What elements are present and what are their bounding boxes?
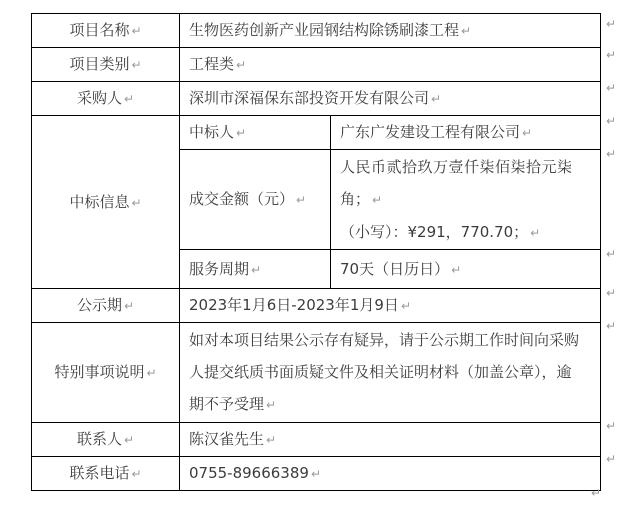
bid-amount-value-cell: 人民币贰拾玖万壹仟柒佰柒拾元柒角；↵ （小写）：¥291，770.70；↵ bbox=[331, 150, 601, 250]
row-end-mark: ↵ bbox=[606, 148, 616, 160]
publicity-period-value: 2023年1月6日-2023年1月9日 bbox=[189, 296, 399, 314]
paragraph-mark: ↵ bbox=[528, 226, 540, 240]
contact-person-value-cell: 陈汉雀先生↵ bbox=[180, 423, 601, 457]
paragraph-mark: ↵ bbox=[309, 467, 321, 481]
row-end-mark: ↵ bbox=[606, 82, 616, 94]
row-end-mark: ↵ bbox=[606, 320, 616, 332]
service-period-label: 服务周期 bbox=[189, 260, 249, 278]
bid-amount-lowercase: （小写）：¥291，770.70； bbox=[340, 223, 528, 241]
service-period-value-cell: 70天（日历日）↵ bbox=[331, 250, 601, 289]
paragraph-mark: ↵ bbox=[144, 366, 156, 380]
paragraph-mark: ↵ bbox=[122, 299, 134, 313]
table-row-contact-phone: 联系电话↵ 0755-89666389↵ bbox=[32, 457, 601, 491]
paragraph-mark: ↵ bbox=[129, 58, 141, 72]
paragraph-mark: ↵ bbox=[122, 433, 134, 447]
paragraph-mark: ↵ bbox=[264, 433, 276, 447]
project-name-label-cell: 项目名称↵ bbox=[32, 14, 180, 48]
paragraph-mark: ↵ bbox=[294, 193, 306, 207]
contact-person-label: 联系人 bbox=[77, 430, 122, 448]
project-category-value: 工程类 bbox=[189, 55, 234, 73]
bid-amount-label-cell: 成交金额（元）↵ bbox=[180, 150, 331, 250]
purchaser-value-cell: 深圳市深福保东部投资开发有限公司↵ bbox=[180, 82, 601, 116]
project-name-value: 生物医药创新产业园钢结构除锈刷漆工程 bbox=[189, 21, 459, 39]
paragraph-mark: ↵ bbox=[449, 263, 461, 277]
paragraph-mark: ↵ bbox=[370, 193, 382, 207]
contact-phone-value: 0755-89666389 bbox=[189, 464, 309, 482]
table-row-publicity-period: 公示期↵ 2023年1月6日-2023年1月9日↵ bbox=[32, 289, 601, 323]
paragraph-mark: ↵ bbox=[129, 24, 141, 38]
service-period-value: 70天（日历日） bbox=[340, 260, 449, 278]
paragraph-mark: ↵ bbox=[459, 24, 471, 38]
paragraph-mark: ↵ bbox=[234, 126, 246, 140]
special-notes-value: 如对本项目结果公示存有疑异，请于公示期工作时间向采购人提交纸质书面质疑文件及相关… bbox=[189, 331, 579, 413]
project-category-label-cell: 项目类别↵ bbox=[32, 48, 180, 82]
row-end-mark: ↵ bbox=[606, 18, 616, 30]
bid-winner-value: 广东广发建设工程有限公司 bbox=[340, 123, 520, 141]
paragraph-mark: ↵ bbox=[122, 92, 134, 106]
row-end-mark: ↵ bbox=[606, 115, 616, 127]
bid-winner-value-cell: 广东广发建设工程有限公司↵ bbox=[331, 116, 601, 150]
row-end-mark: ↵ bbox=[606, 248, 616, 260]
purchaser-label: 采购人 bbox=[77, 89, 122, 107]
table-row-project-name: 项目名称↵ 生物医药创新产业园钢结构除锈刷漆工程↵ bbox=[32, 14, 601, 48]
bid-amount-lowercase-line: （小写）：¥291，770.70；↵ bbox=[340, 216, 572, 249]
publicity-period-value-cell: 2023年1月6日-2023年1月9日↵ bbox=[180, 289, 601, 323]
paragraph-mark: ↵ bbox=[234, 58, 246, 72]
row-end-mark: ↵ bbox=[606, 420, 616, 432]
special-notes-label-cell: 特别事项说明↵ bbox=[32, 323, 180, 423]
special-notes-value-cell: 如对本项目结果公示存有疑异，请于公示期工作时间向采购人提交纸质书面质疑文件及相关… bbox=[180, 323, 601, 423]
purchaser-value: 深圳市深福保东部投资开发有限公司 bbox=[189, 89, 429, 107]
project-category-value-cell: 工程类↵ bbox=[180, 48, 601, 82]
paragraph-mark: ↵ bbox=[264, 398, 276, 412]
publicity-period-label-cell: 公示期↵ bbox=[32, 289, 180, 323]
table-row-bid-winner: 中标信息↵ 中标人↵ 广东广发建设工程有限公司↵ bbox=[32, 116, 601, 150]
paragraph-mark: ↵ bbox=[520, 126, 532, 140]
project-name-value-cell: 生物医药创新产业园钢结构除锈刷漆工程↵ bbox=[180, 14, 601, 48]
row-end-mark: ↵ bbox=[606, 453, 616, 465]
document-page: { "marks": { "glyph": "↵" }, "colors": {… bbox=[0, 0, 639, 512]
contact-phone-value-cell: 0755-89666389↵ bbox=[180, 457, 601, 491]
paragraph-mark: ↵ bbox=[399, 299, 411, 313]
bid-announcement-table: 项目名称↵ 生物医药创新产业园钢结构除锈刷漆工程↵ 项目类别↵ 工程类↵ 采购人… bbox=[31, 13, 601, 491]
table-row-contact-person: 联系人↵ 陈汉雀先生↵ bbox=[32, 423, 601, 457]
paragraph-mark: ↵ bbox=[129, 196, 141, 210]
service-period-label-cell: 服务周期↵ bbox=[180, 250, 331, 289]
paragraph-mark: ↵ bbox=[129, 467, 141, 481]
bid-amount-label: 成交金额（元） bbox=[189, 190, 294, 208]
publicity-period-label: 公示期 bbox=[77, 296, 122, 314]
project-category-label: 项目类别 bbox=[69, 55, 129, 73]
contact-phone-label-cell: 联系电话↵ bbox=[32, 457, 180, 491]
contact-person-value: 陈汉雀先生 bbox=[189, 430, 264, 448]
paragraph-mark: ↵ bbox=[591, 487, 601, 499]
bid-amount-uppercase-line: 人民币贰拾玖万壹仟柒佰柒拾元柒角；↵ bbox=[340, 151, 572, 216]
bid-winner-label: 中标人 bbox=[189, 123, 234, 141]
purchaser-label-cell: 采购人↵ bbox=[32, 82, 180, 116]
contact-phone-label: 联系电话 bbox=[69, 464, 129, 482]
contact-person-label-cell: 联系人↵ bbox=[32, 423, 180, 457]
bid-info-label: 中标信息 bbox=[69, 193, 129, 211]
project-name-label: 项目名称 bbox=[69, 21, 129, 39]
bid-winner-label-cell: 中标人↵ bbox=[180, 116, 331, 150]
paragraph-mark: ↵ bbox=[249, 263, 261, 277]
paragraph-mark: ↵ bbox=[429, 92, 441, 106]
table-row-special-notes: 特别事项说明↵ 如对本项目结果公示存有疑异，请于公示期工作时间向采购人提交纸质书… bbox=[32, 323, 601, 423]
row-end-mark: ↵ bbox=[606, 49, 616, 61]
bid-info-label-cell: 中标信息↵ bbox=[32, 116, 180, 289]
special-notes-label: 特别事项说明 bbox=[54, 363, 144, 381]
table-row-project-category: 项目类别↵ 工程类↵ bbox=[32, 48, 601, 82]
table-row-purchaser: 采购人↵ 深圳市深福保东部投资开发有限公司↵ bbox=[32, 82, 601, 116]
row-end-mark: ↵ bbox=[606, 287, 616, 299]
